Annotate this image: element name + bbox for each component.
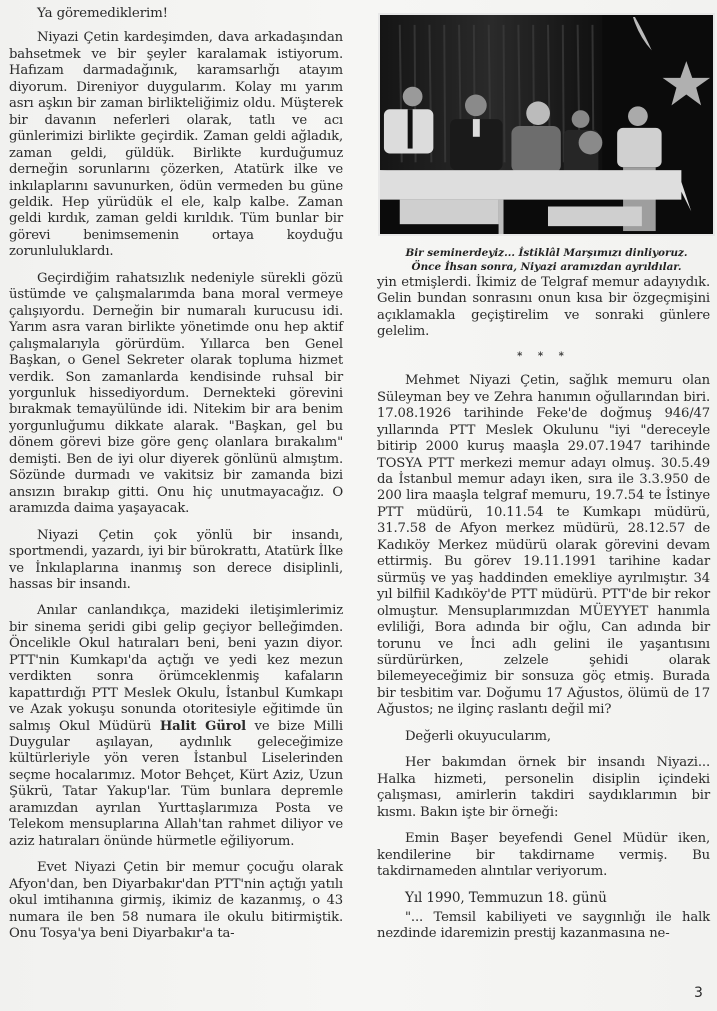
left-column: Ya göremediklerim! Niyazi Çetin kardeşim… [9, 4, 343, 952]
paragraph-greeting: Değerli okuyucularım, [377, 729, 710, 745]
quote-heading: Yıl 1990, Temmuzun 18. günü [377, 890, 710, 906]
paragraph-biography: Mehmet Niyazi Çetin, sağlık memuru olan … [377, 373, 710, 719]
right-column: yin etmişlerdi. İkimiz de Telgraf memur … [377, 275, 710, 953]
caption-line: Önce İhsan sonra, Niyazi aramızdan ayrıl… [378, 260, 715, 274]
paragraph-continuation: yin etmişlerdi. İkimiz de Telgraf memur … [377, 275, 710, 341]
paragraph: Evet Niyazi Çetin bir memur çocuğu olara… [9, 860, 343, 942]
paragraph: Niyazi Çetin çok yönlü bir insandı, spor… [9, 528, 343, 594]
photo-caption: Bir seminerdeyiz... İstiklâl Marşımızı d… [378, 246, 715, 274]
seminar-photo [378, 13, 715, 236]
paragraph: Emin Başer beyefendi Genel Müdür iken, k… [377, 831, 710, 880]
page-number: 3 [694, 985, 703, 1001]
paragraph-text: ve bize Milli Duygular aşılayan, aydınlı… [9, 719, 343, 849]
paragraph-school-memories: Anılar canlandıkça, mazideki iletişimler… [9, 603, 343, 850]
section-heading: Ya göremediklerim! [9, 6, 343, 22]
paragraph: Niyazi Çetin kardeşimden, dava arkadaşın… [9, 30, 343, 260]
caption-line: Bir seminerdeyiz... İstiklâl Marşımızı d… [378, 246, 715, 260]
paragraph-text: Anılar canlandıkça, mazideki iletişimler… [9, 603, 343, 733]
paragraph: Geçirdiğim rahatsızlık nedeniyle sürekli… [9, 271, 343, 518]
magazine-page: Ya göremediklerim! Niyazi Çetin kardeşim… [0, 0, 717, 1011]
quote-text: "... Temsil kabiliyeti ve saygınlığı ile… [377, 910, 710, 943]
bold-name: Halit Gürol [160, 719, 246, 734]
photo-image-icon [380, 15, 713, 234]
paragraph: Her bakımdan örnek bir insandı Niyazi...… [377, 755, 710, 821]
section-separator: * * * [377, 349, 710, 365]
